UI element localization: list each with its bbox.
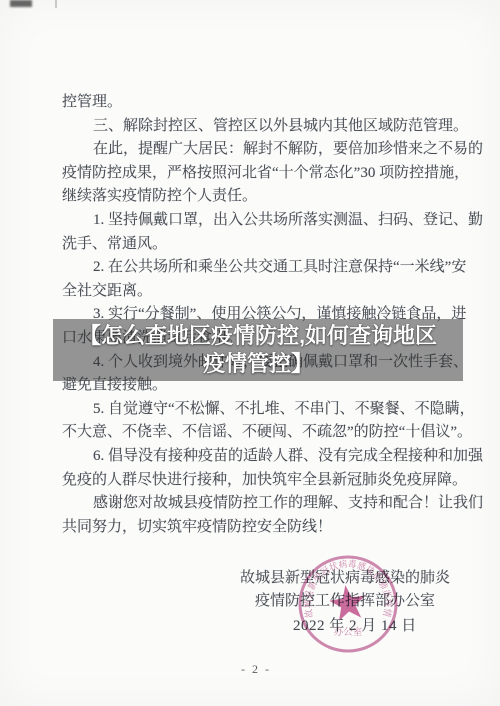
stamp-bottom-text: 办公室 (334, 626, 363, 638)
photo-corner-artifact (10, 0, 32, 7)
document-line: 全社交距离。 (62, 280, 448, 304)
official-stamp-icon: 故城县新型冠状病毒感染的肺炎疫情防控工作指挥部 办公室 (293, 549, 403, 659)
document-line: 在此，提醒广大居民：解封不解防，要倍加珍惜来之不易的 (62, 138, 448, 162)
photo-edge-artifact (55, 0, 57, 8)
document-line: 疫情防控成果，严格按照河北省“十个常态化”30 项防控措施， (62, 162, 448, 186)
document-line: 三、解除封控区、管控区以外县城内其他区域防范管理。 (62, 115, 448, 139)
document-line: 免疫的人群尽快进行接种，加快筑牢全县新冠肺炎免疫屏障。 (62, 469, 448, 493)
document-line: 1. 坚持佩戴口罩，出入公共场所落实测温、扫码、登记、勤 (62, 209, 448, 233)
document-line: 不大意、不侥幸、不信谣、不硬闯、不疏忽”的防控“十倡议”。 (62, 421, 448, 445)
document-line: 洗手、常通风。 (62, 233, 448, 257)
caption-line-2: 疫情管控】 (203, 350, 313, 378)
document-line: 6. 倡导没有接种疫苗的适龄人群、没有完成全程接种和加强 (62, 445, 448, 469)
document-line: 共同努力，切实筑牢疫情防控安全防线！ (62, 516, 448, 540)
page-number: - 2 - (241, 662, 271, 677)
stamp-star-icon (327, 583, 368, 622)
document-line: 控管理。 (62, 91, 448, 115)
document-line: 感谢您对故城县疫情防控工作的理解、支持和配合！让我们 (62, 492, 448, 516)
document-line: 2. 在公共场所和乘坐公共交通工具时注意保持“一米线”安 (62, 256, 448, 280)
caption-overlay: 【怎么查地区疫情防控,如何查询地区 疫情管控】 (53, 319, 463, 381)
document-photo: 控管理。三、解除封控区、管控区以外县城内其他区域防范管理。在此，提醒广大居民：解… (0, 0, 500, 706)
caption-line-1: 【怎么查地区疫情防控,如何查询地区 (79, 322, 437, 350)
document-line: 5. 自觉遵守“不松懈、不扎堆、不串门、不聚餐、不隐瞒， (62, 398, 448, 422)
document-line: 继续落实疫情防控个人责任。 (62, 185, 448, 209)
document-body: 控管理。三、解除封控区、管控区以外县城内其他区域防范管理。在此，提醒广大居民：解… (62, 91, 448, 539)
